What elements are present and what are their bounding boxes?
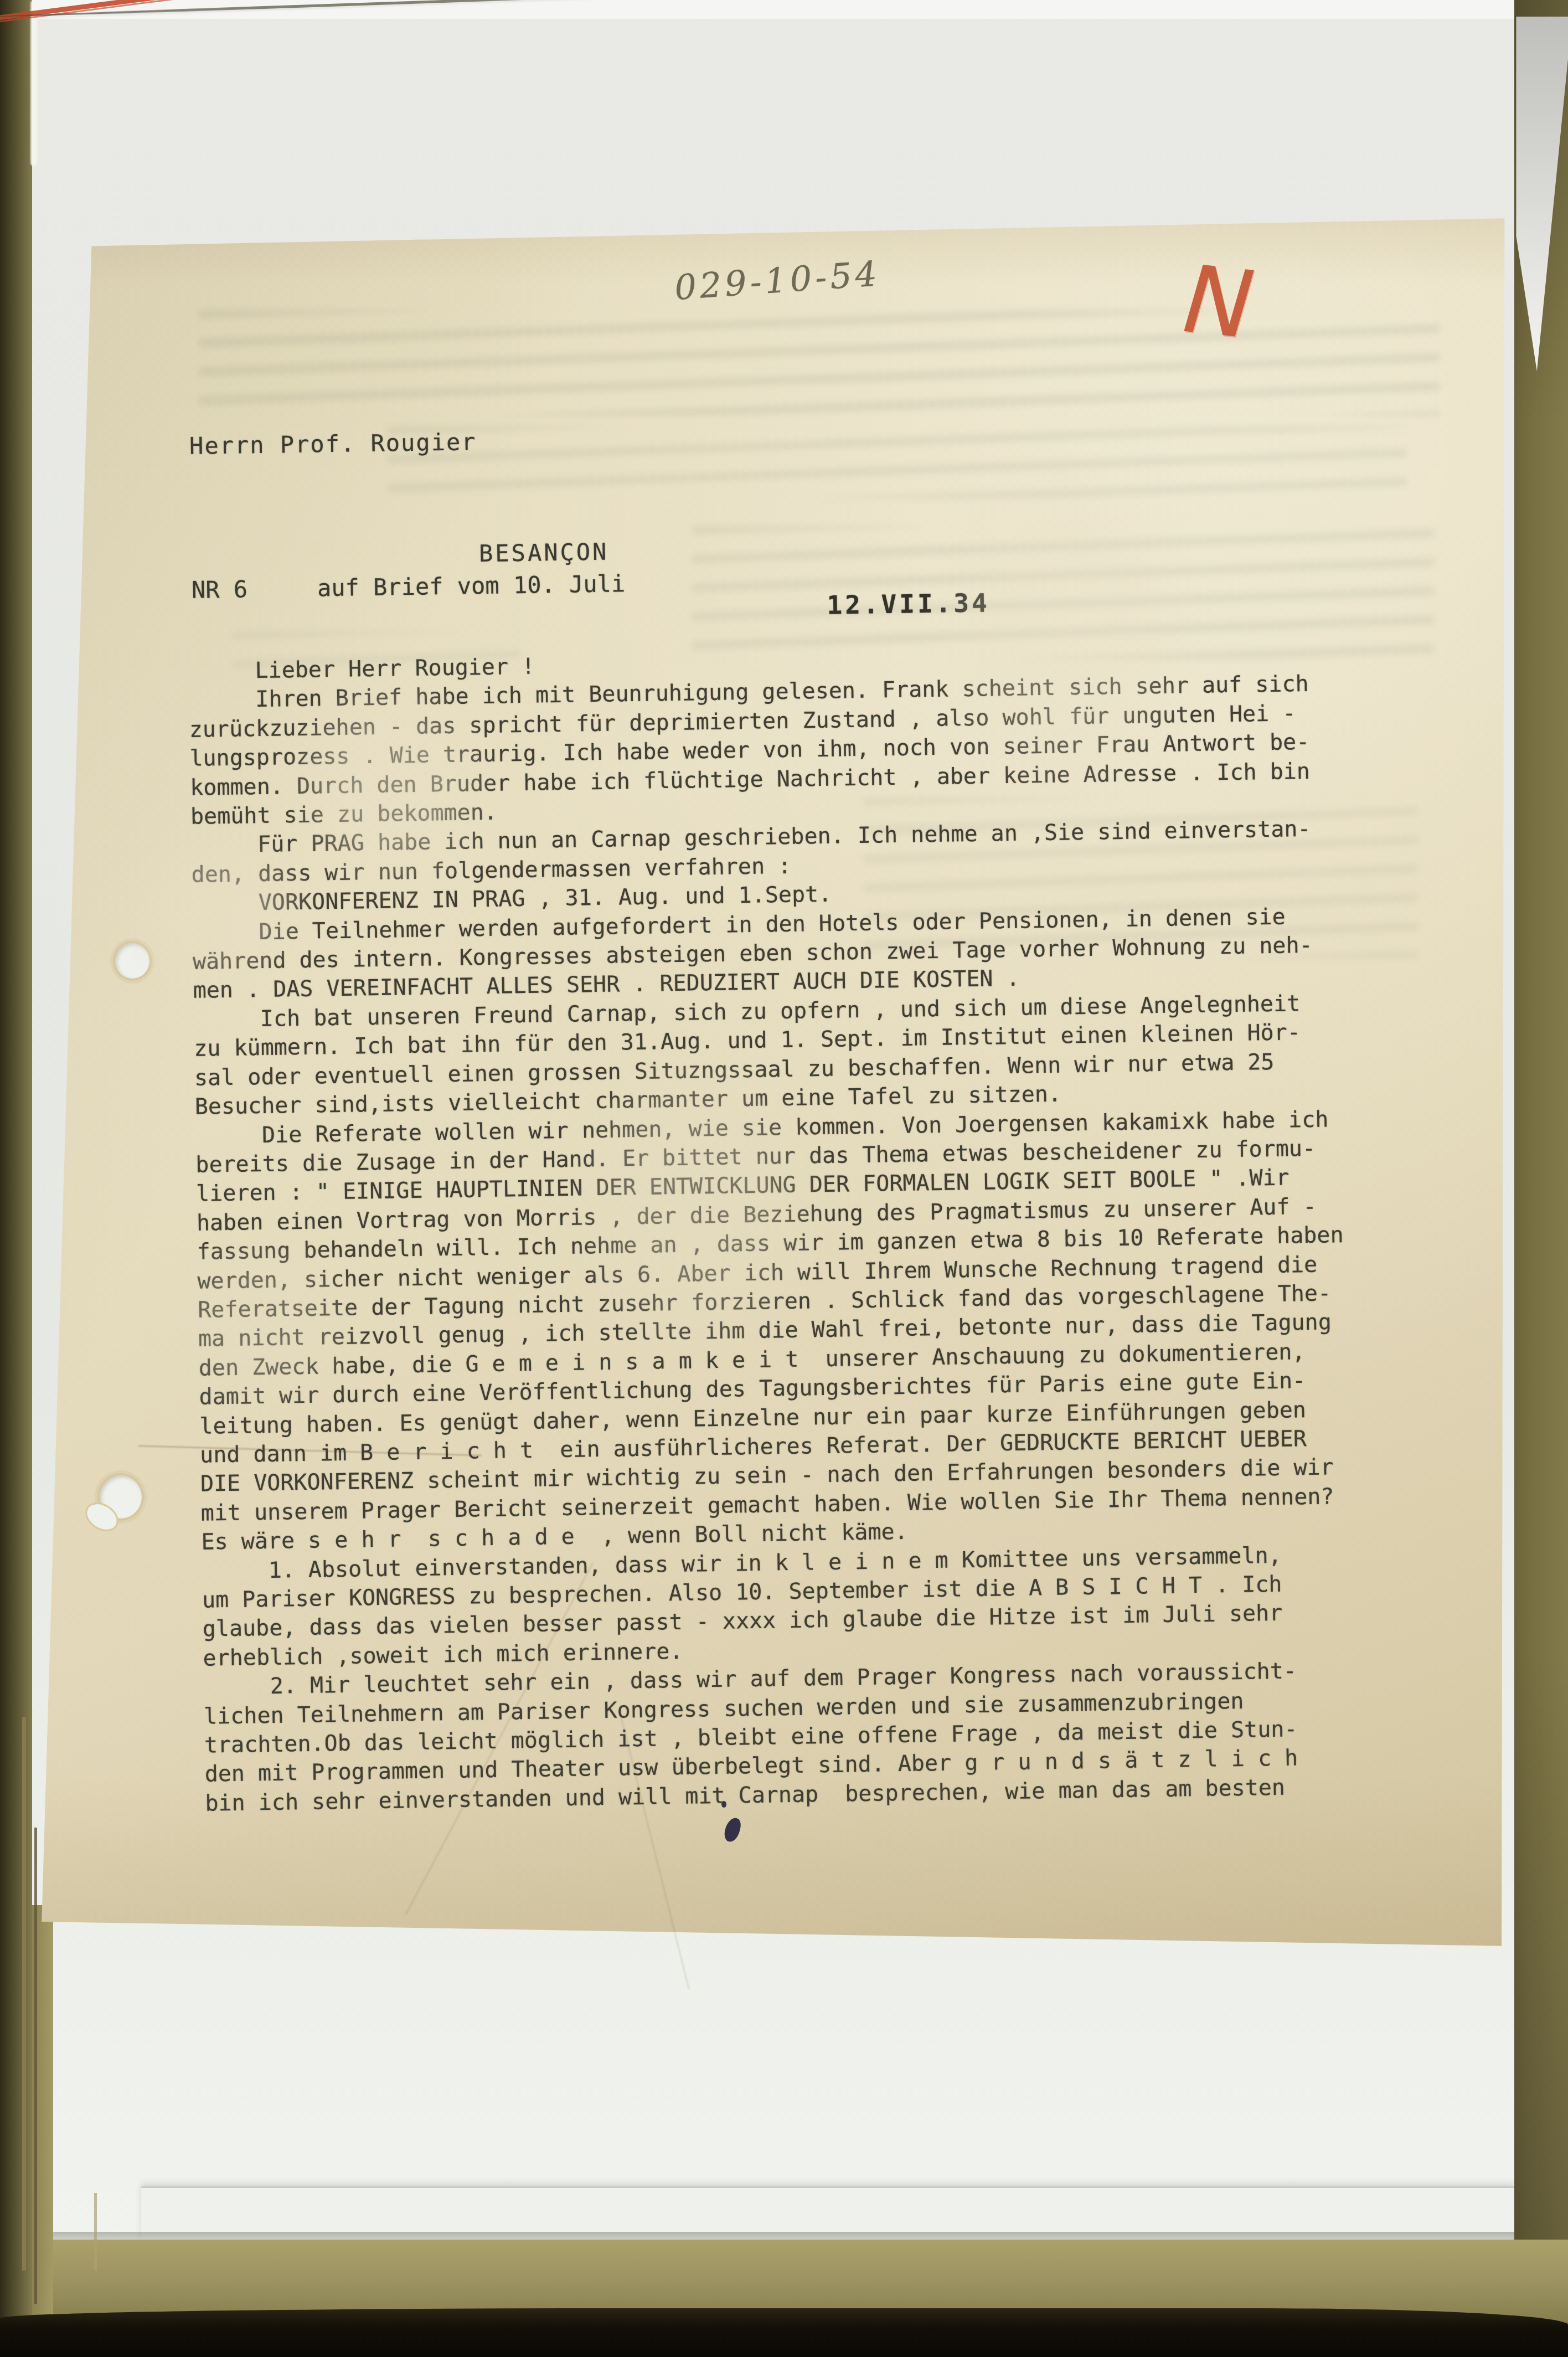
reference-note: auf Brief vom 10. Juli <box>317 570 626 601</box>
place-line: BESANÇON <box>479 538 609 567</box>
date-line: 12.VII.34 <box>827 588 990 620</box>
archive-photo-scene: Herrn Prof. Rougier BESANÇON NR 6 auf Br… <box>0 0 1568 2357</box>
letter-body: Lieber Herr Rougier ! Ihren Brief habe i… <box>188 640 1352 1818</box>
letter-content: Herrn Prof. Rougier BESANÇON NR 6 auf Br… <box>0 0 1568 2357</box>
reference-number: NR 6 <box>192 575 248 603</box>
recipient-line: Herrn Prof. Rougier <box>189 428 477 460</box>
